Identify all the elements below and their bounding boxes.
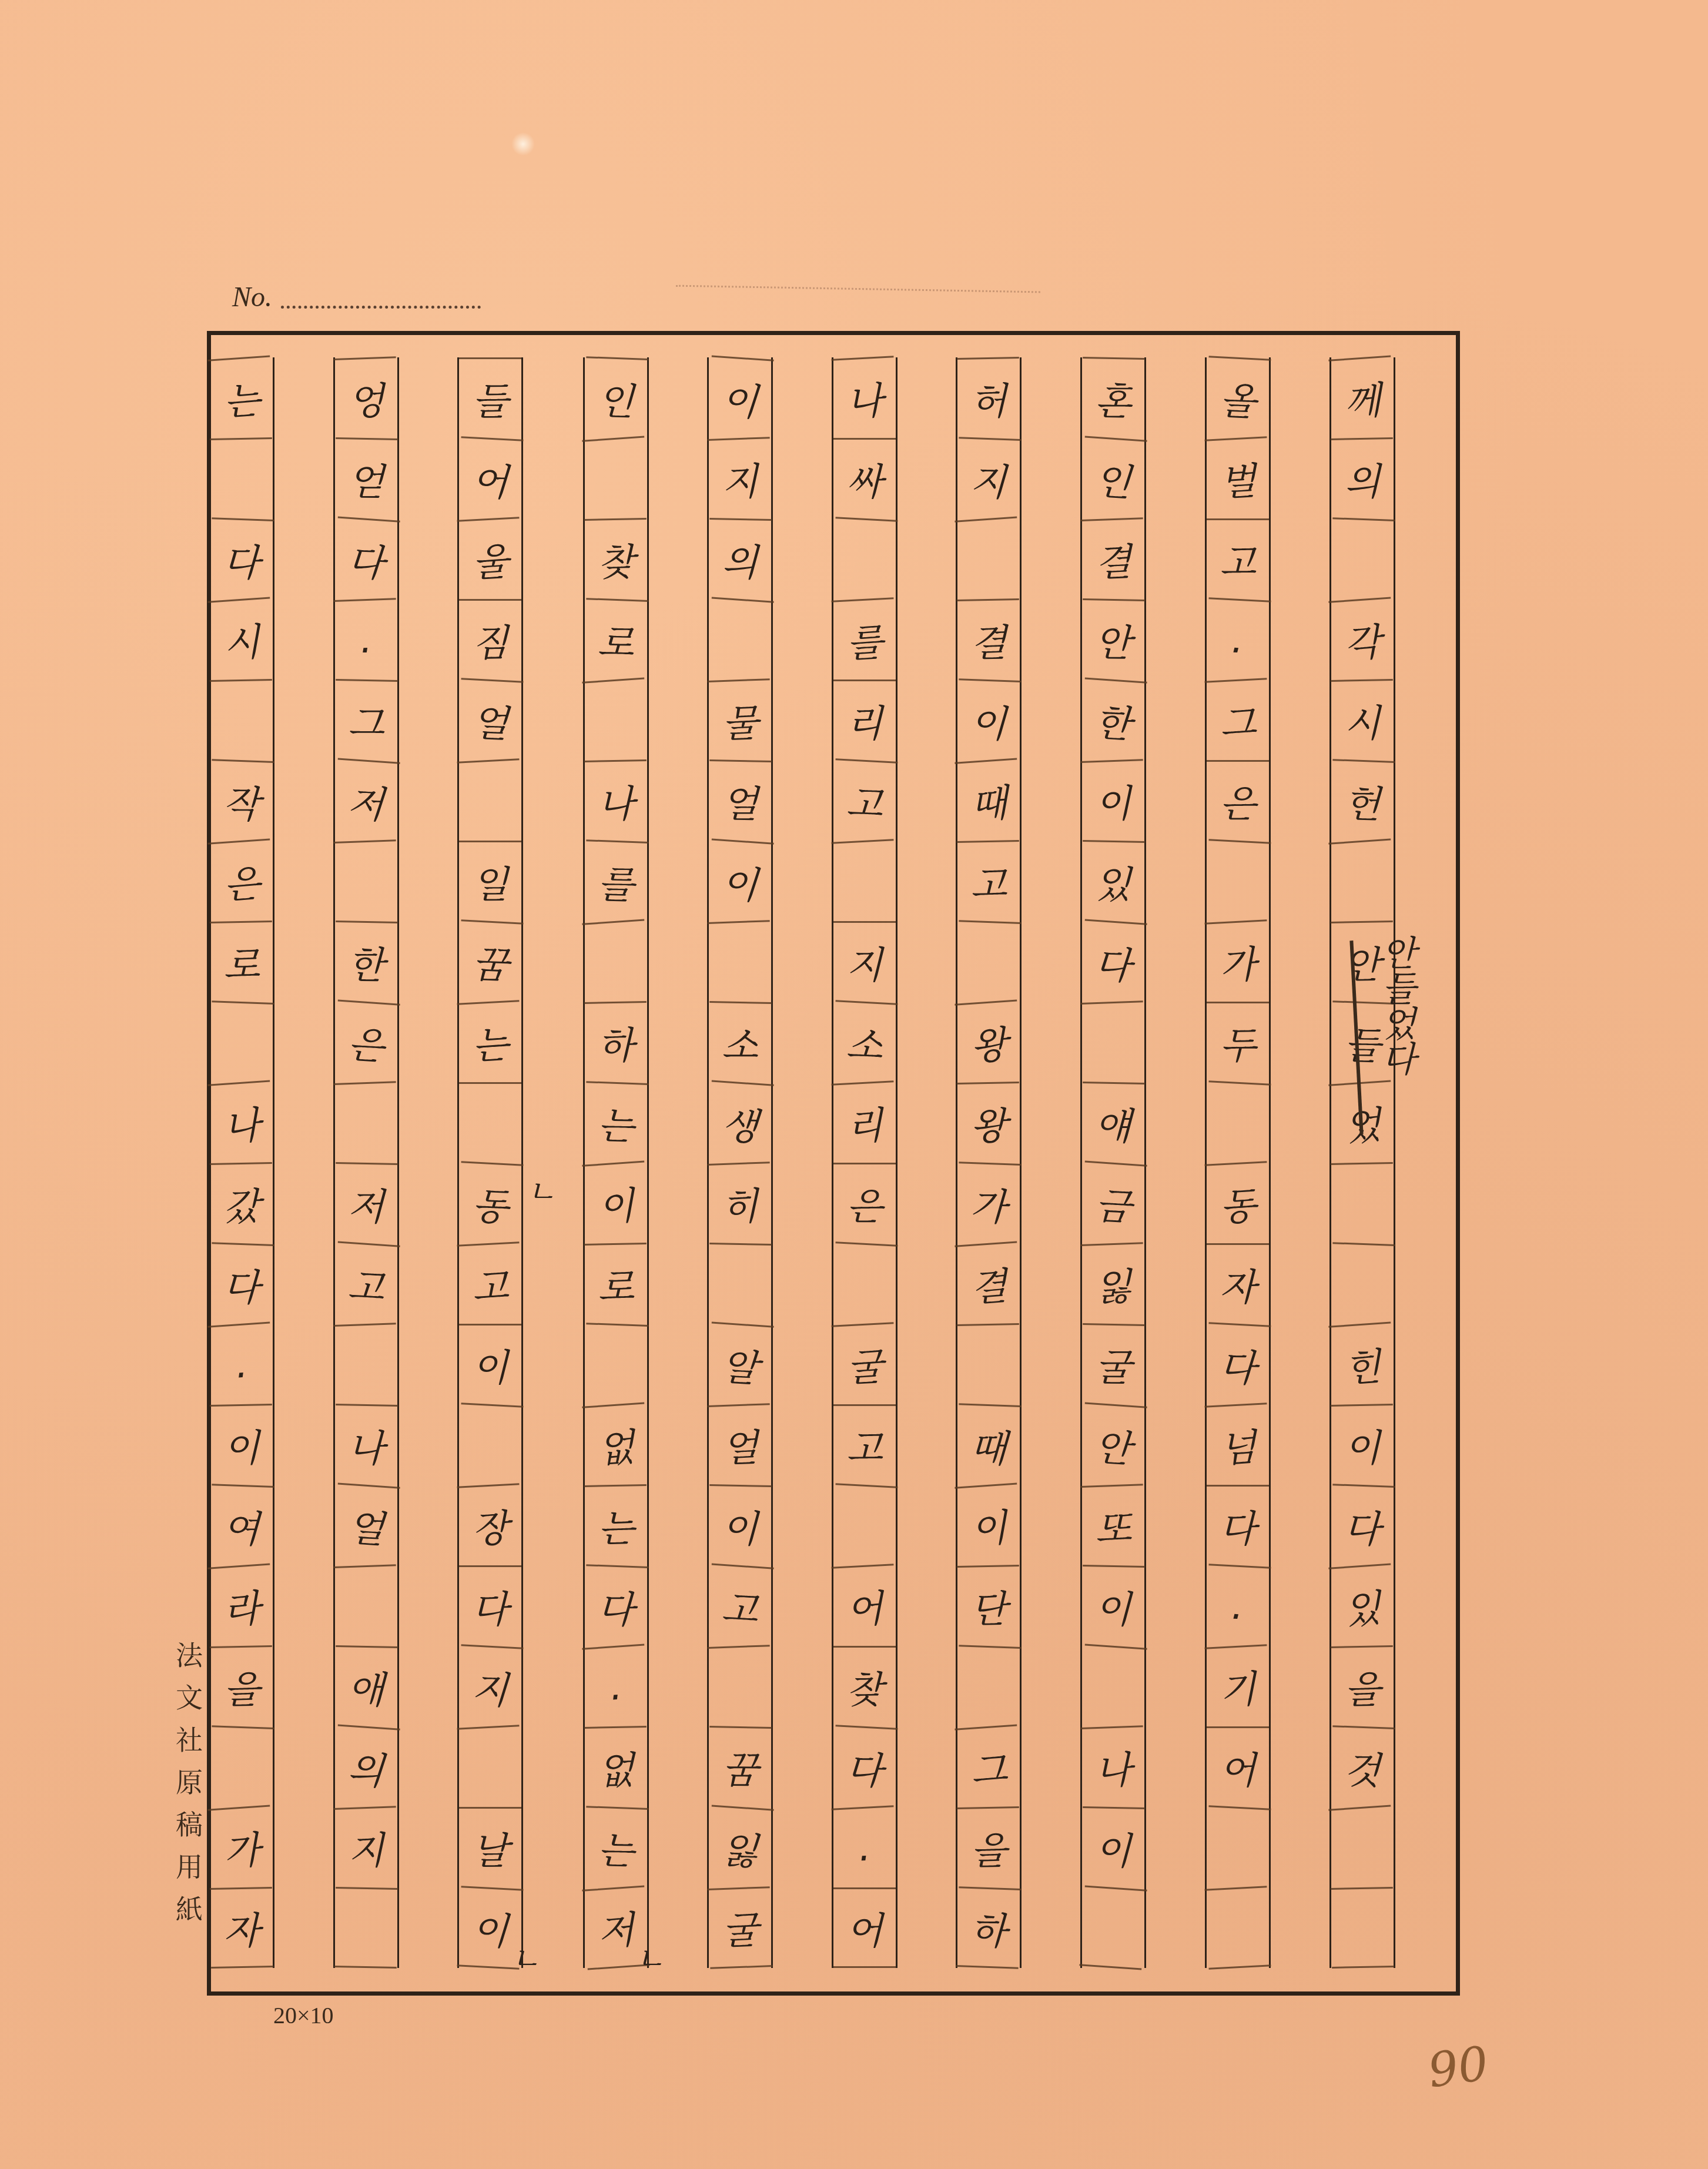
manuscript-cell: 지 <box>334 1806 399 1889</box>
manuscript-cell: 여 <box>209 1484 274 1566</box>
manuscript-cell <box>1204 839 1271 922</box>
manuscript-cell: 울 <box>457 517 523 600</box>
manuscript-cell: 는 <box>207 355 275 440</box>
manuscript-cell: 은 <box>833 1163 896 1243</box>
manuscript-cell: 을 <box>957 1806 1020 1888</box>
manuscript-cell <box>956 920 1022 1003</box>
manuscript-cell: 를 <box>584 839 649 922</box>
manuscript-cell <box>584 1323 649 1405</box>
manuscript-cell: 그 <box>334 679 398 761</box>
manuscript-cell: 다 <box>459 1565 521 1646</box>
manuscript-cell <box>1204 1805 1271 1889</box>
manuscript-cell: 라 <box>207 1563 275 1648</box>
manuscript-cell: 혼 <box>1081 357 1145 439</box>
manuscript-cell: 얼 <box>708 1403 773 1486</box>
manuscript-cell: 어 <box>833 1887 896 1968</box>
manuscript-cell <box>831 1241 897 1325</box>
manuscript-cell: 을 <box>210 1645 273 1727</box>
publisher-label-char: 紙 <box>172 1888 207 1930</box>
page-number: 90 <box>1425 2036 1492 2098</box>
manuscript-cell: 찾 <box>584 518 648 600</box>
manuscript-cell: 이 <box>1081 1565 1145 1646</box>
manuscript-cell: 지 <box>708 437 773 520</box>
manuscript-cell <box>831 517 897 600</box>
manuscript-cell <box>459 1082 521 1163</box>
manuscript-cell: 엉 <box>334 356 399 439</box>
manuscript-cell: 가 <box>1204 919 1271 1003</box>
manuscript-cell <box>1081 1000 1146 1083</box>
manuscript-cell: 물 <box>708 678 773 761</box>
manuscript-cell: 자 <box>1207 1243 1269 1324</box>
grid-size-label: 20×10 <box>273 2001 334 2029</box>
manuscript-cell: 들 <box>459 357 521 438</box>
manuscript-cell <box>209 1000 274 1083</box>
manuscript-cell <box>1330 1242 1395 1325</box>
manuscript-cell <box>209 1725 274 1808</box>
manuscript-cell: 다 <box>1204 1322 1271 1405</box>
manuscript-cell: 이 <box>955 1482 1022 1567</box>
manuscript-cell: 다 <box>1207 1485 1269 1565</box>
manuscript-cell: 저 <box>334 1162 398 1244</box>
manuscript-cell <box>955 516 1022 601</box>
manuscript-cell: 히 <box>708 1162 773 1244</box>
manuscript-cell <box>210 437 273 519</box>
manuscript-cell: 작 <box>209 759 274 842</box>
manuscript-cell <box>706 597 773 681</box>
manuscript-cell: . <box>1204 1564 1271 1647</box>
manuscript-cell: 날 <box>459 1807 521 1887</box>
manuscript-cell: 굴 <box>1081 1323 1145 1405</box>
manuscript-column: 엉얻다.그저한은저고나얼애의지 <box>333 357 399 1968</box>
manuscript-cell: 나 <box>207 1080 275 1164</box>
manuscript-cell: 굴 <box>708 1886 773 1969</box>
manuscript-cell: 어 <box>457 436 523 520</box>
manuscript-cell: 단 <box>957 1565 1020 1646</box>
publisher-label-char: 法 <box>172 1634 207 1676</box>
manuscript-cell: 인 <box>1079 436 1147 520</box>
manuscript-cell: 이 <box>956 678 1022 761</box>
manuscript-cell: 이 <box>706 838 773 923</box>
manuscript-cell: 있 <box>1328 1563 1396 1648</box>
manuscript-cell <box>1330 517 1395 600</box>
manuscript-cell: 그 <box>1204 678 1271 761</box>
manuscript-cell: 한 <box>1079 677 1147 762</box>
manuscript-cell: 가 <box>207 1805 275 1889</box>
manuscript-cell: 고 <box>831 758 897 842</box>
manuscript-cell <box>1204 1080 1271 1164</box>
insert-mark: ㄴ <box>635 1934 665 1979</box>
manuscript-cell: 나 <box>584 759 648 841</box>
manuscript-cell: 그 <box>955 1724 1022 1809</box>
manuscript-cell: . <box>582 1644 649 1728</box>
manuscript-cell: 알 <box>706 1321 773 1406</box>
manuscript-cell: 을 <box>1331 1645 1394 1727</box>
manuscript-cell: 이 <box>1331 1404 1394 1485</box>
manuscript-cell: . <box>207 1321 275 1406</box>
manuscript-cell: 꿈 <box>708 1726 772 1807</box>
manuscript-cell <box>1079 1644 1147 1728</box>
manuscript-cell: 왕 <box>957 1082 1020 1163</box>
manuscript-cell: 다 <box>831 1725 897 1808</box>
manuscript-cell: 왕 <box>955 999 1022 1084</box>
manuscript-cell: 이 <box>459 1324 521 1404</box>
manuscript-cell: 얘 <box>1081 1082 1145 1163</box>
manuscript-column: 이지의물얼이소생히알얼이고꿈잃굴 <box>707 357 773 1968</box>
manuscript-cell: . <box>831 1805 897 1889</box>
manuscript-cell <box>708 1243 772 1324</box>
manuscript-cell: 이 <box>210 1404 273 1485</box>
manuscript-cell: 지 <box>457 1644 523 1728</box>
manuscript-cell: 굴 <box>831 1322 897 1405</box>
manuscript-cell <box>334 839 399 922</box>
margin-note: 안들었다 <box>1337 935 1431 1076</box>
manuscript-cell: . <box>334 598 399 681</box>
manuscript-cell: 없 <box>582 1402 649 1487</box>
manuscript-cell: 고 <box>332 1241 400 1325</box>
manuscript-cell: 얼 <box>708 759 772 841</box>
manuscript-cell: 갔 <box>210 1162 273 1244</box>
manuscript-cell: 꿈 <box>457 919 523 1003</box>
manuscript-cell <box>708 1645 773 1728</box>
manuscript-cell <box>1204 1886 1271 1969</box>
manuscript-cell: 지 <box>833 921 896 1002</box>
manuscript-cell <box>582 919 649 1003</box>
manuscript-cell <box>582 436 649 520</box>
manuscript-cell: 이 <box>706 355 773 440</box>
manuscript-cell <box>708 920 773 1003</box>
manuscript-cell: 얼 <box>332 1482 400 1567</box>
manuscript-cell: 넘 <box>1204 1403 1271 1486</box>
manuscript-cell: 고 <box>833 1404 896 1485</box>
manuscript-cell: 두 <box>1207 1002 1269 1082</box>
manuscript-cell: 고 <box>1207 518 1269 599</box>
manuscript-cell: 안 <box>1079 1402 1147 1487</box>
manuscript-cell: 은 <box>1207 760 1269 841</box>
manuscript-cell: 로 <box>584 1243 648 1324</box>
manuscript-cell: 고 <box>457 1241 523 1325</box>
manuscript-column: 허지결이때고왕왕가결때이단그을하 <box>956 357 1022 1968</box>
manuscript-cell <box>1331 1162 1394 1244</box>
manuscript-cell <box>210 679 273 761</box>
manuscript-cell: 각 <box>1328 597 1396 681</box>
manuscript-cell: 하 <box>584 1001 648 1083</box>
manuscript-cell: 일 <box>459 841 521 921</box>
manuscript-cell: 결 <box>1081 517 1146 600</box>
manuscript-column: 나싸를리고지소리은굴고어찾다.어 <box>832 357 897 1968</box>
manuscript-cell: 의 <box>332 1724 400 1809</box>
manuscript-cell: 다 <box>1079 919 1147 1003</box>
manuscript-cell: 리 <box>831 1080 897 1164</box>
manuscript-cell: 있 <box>1081 840 1145 922</box>
manuscript-cell: 잃 <box>706 1805 773 1889</box>
manuscript-cell: 동 <box>1204 1161 1271 1244</box>
publisher-label-char: 原 <box>172 1761 207 1803</box>
publisher-label-char: 文 <box>172 1676 207 1719</box>
manuscript-cell <box>831 1483 897 1566</box>
manuscript-cell: 께 <box>1328 355 1396 440</box>
manuscript-cell: 의 <box>708 518 772 600</box>
insert-mark: ㄴ <box>526 1167 557 1212</box>
manuscript-cell: 시 <box>207 597 275 681</box>
insert-mark: ㄴ <box>510 1934 541 1979</box>
manuscript-cell: 생 <box>706 1080 773 1164</box>
manuscript-cell: 다 <box>209 1242 274 1325</box>
manuscript-cell: 금 <box>1079 1160 1147 1245</box>
manuscript-cell <box>334 1323 399 1405</box>
manuscript-cell: 는 <box>457 1000 523 1083</box>
manuscript-cell: 어 <box>1207 1726 1269 1807</box>
manuscript-cell: 자 <box>210 1887 273 1969</box>
manuscript-cell: 의 <box>1331 437 1394 519</box>
manuscript-cell <box>334 1081 399 1164</box>
manuscript-cell <box>1328 1805 1396 1889</box>
manuscript-cell: 이 <box>582 1160 649 1245</box>
manuscript-cell: 싸 <box>833 438 896 518</box>
manuscript-cell: 결 <box>957 598 1020 680</box>
manuscript-cell <box>457 758 523 842</box>
manuscript-cell: 는 <box>584 1081 649 1164</box>
manuscript-cell: 얼 <box>457 678 523 761</box>
manuscript-cell: 이 <box>708 1484 772 1566</box>
publisher-label-char: 社 <box>172 1719 207 1761</box>
manuscript-cell <box>1328 838 1396 923</box>
manuscript-cell: 얻 <box>334 437 398 519</box>
manuscript-cell: 짐 <box>459 599 521 680</box>
manuscript-column: 께의각시헌안들었힌이다있을것 <box>1329 357 1395 1968</box>
manuscript-cell: 다 <box>584 1564 649 1647</box>
manuscript-cell: 은 <box>332 999 400 1084</box>
manuscript-cell: 어 <box>831 1564 897 1647</box>
manuscript-cell: 다 <box>209 517 274 600</box>
manuscript-cell: 다 <box>332 516 400 601</box>
manuscript-cell: 인 <box>584 356 649 439</box>
manuscript-cell: 기 <box>1204 1644 1271 1728</box>
manuscript-column: 들어울짐얼일꿈는동고이장다지날이 <box>457 357 523 1968</box>
manuscript-cell: 이 <box>1081 759 1146 842</box>
manuscript-cell <box>831 839 897 922</box>
manuscript-cell: 안 <box>1081 598 1145 680</box>
manuscript-cell: 시 <box>1331 679 1394 761</box>
manuscript-cell: 때 <box>956 1403 1022 1486</box>
manuscript-cell: 잃 <box>1081 1242 1146 1325</box>
manuscript-cell: 나 <box>1081 1725 1146 1808</box>
manuscript-cell: 한 <box>334 921 398 1002</box>
manuscript-cell <box>1331 1887 1394 1969</box>
manuscript-cell <box>1079 1885 1147 1970</box>
faint-dotted-line <box>676 285 1040 293</box>
manuscript-column: 올벌고.그은가두동자다넘다.기어 <box>1205 357 1271 1968</box>
manuscript-cell: 헌 <box>1330 759 1395 842</box>
manuscript-cell: 로 <box>584 598 649 681</box>
manuscript-column: 인찾로나를하는이로없는다.없는저 <box>583 357 649 1968</box>
manuscript-cell: 리 <box>833 680 896 760</box>
manuscript-cell <box>334 1887 398 1969</box>
publisher-label-char: 用 <box>172 1846 207 1888</box>
manuscript-cell: 벌 <box>1204 436 1271 520</box>
manuscript-cell: 는 <box>584 1484 648 1566</box>
paper-crease <box>511 132 535 156</box>
manuscript-cell: 허 <box>957 357 1020 439</box>
manuscript-cell: 때 <box>955 758 1022 842</box>
manuscript-cell: 올 <box>1204 356 1271 439</box>
manuscript-cell: 로 <box>210 921 273 1002</box>
manuscript-cell: 를 <box>831 597 897 681</box>
manuscript-cell <box>957 1323 1020 1405</box>
number-label: No. <box>232 281 272 313</box>
manuscript-cell: 나 <box>334 1404 398 1485</box>
number-field-dotted-line <box>281 306 481 309</box>
manuscript-cell: 하 <box>956 1886 1022 1969</box>
manuscript-cell <box>457 1403 523 1486</box>
manuscript-cell <box>457 1725 523 1808</box>
publisher-label-char: 稿 <box>172 1803 207 1846</box>
manuscript-cell: 애 <box>334 1645 398 1727</box>
manuscript-cell: 는 <box>584 1806 649 1889</box>
manuscript-cell: 소 <box>831 1000 897 1083</box>
manuscript-column: 혼인결안한이있다얘금잃굴안또이나이 <box>1080 357 1146 1968</box>
manuscript-cell: 소 <box>708 1001 772 1083</box>
manuscript-cell: 힌 <box>1328 1321 1396 1406</box>
manuscript-cell: 없 <box>584 1726 648 1807</box>
manuscript-cell: 장 <box>457 1483 523 1566</box>
manuscript-cell: 저 <box>332 758 400 842</box>
manuscript-cell: 지 <box>956 437 1022 520</box>
publisher-label: 法文社原稿用紙 <box>172 1634 207 1930</box>
manuscript-cell <box>582 677 649 762</box>
manuscript-cell: 은 <box>207 838 275 923</box>
manuscript-cell: 다 <box>1330 1484 1395 1566</box>
manuscript-cell: 것 <box>1330 1725 1395 1808</box>
manuscript-column: 는다시작은로나갔다.이여라을가자 <box>209 357 274 1968</box>
manuscript-cell: 찾 <box>833 1646 896 1726</box>
manuscript-cell: 고 <box>957 840 1020 922</box>
manuscript-cell: 또 <box>1081 1484 1146 1566</box>
manuscript-cell: 가 <box>956 1162 1022 1244</box>
manuscript-cell: 동 <box>457 1161 523 1244</box>
manuscript-cell <box>956 1645 1022 1728</box>
manuscript-cell <box>334 1564 399 1647</box>
manuscript-cell: 나 <box>831 356 897 439</box>
manuscript-cell: 결 <box>955 1241 1022 1325</box>
manuscript-cell: . <box>1204 597 1271 681</box>
manuscript-cell: 고 <box>706 1563 773 1648</box>
manuscript-cell: 이 <box>1081 1806 1145 1888</box>
